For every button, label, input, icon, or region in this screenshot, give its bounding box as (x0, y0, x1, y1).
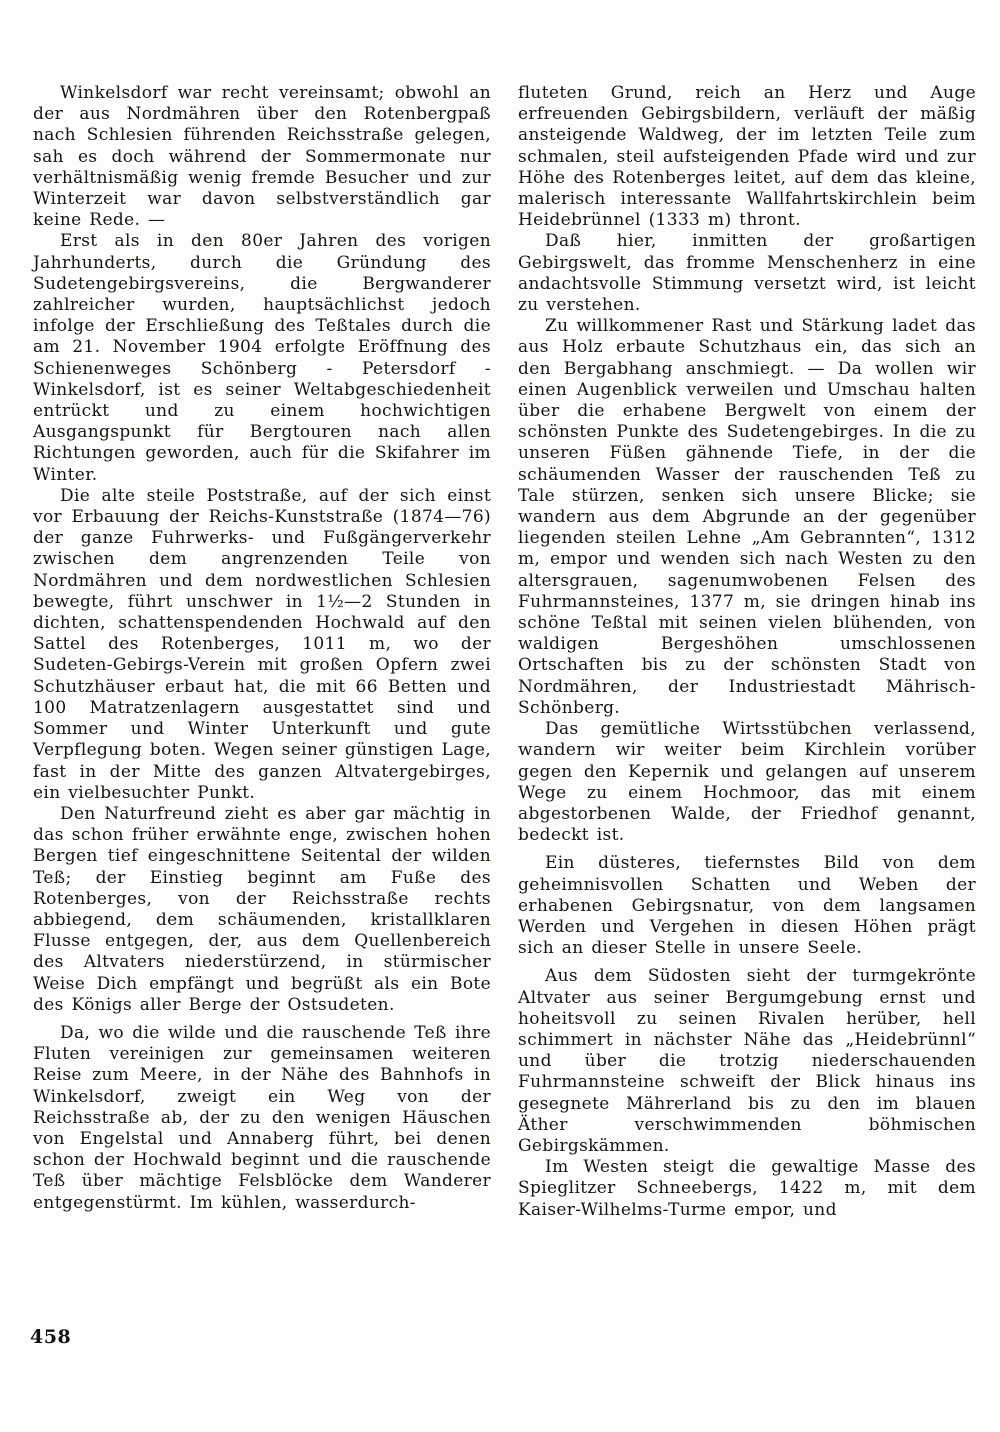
paragraph: Zu willkommener Rast und Stärkung ladet … (518, 316, 976, 719)
paragraph: Erst als in den 80er Jahren des vorigen … (33, 231, 491, 485)
book-page: Winkelsdorf war recht vereinsamt; obwohl… (0, 0, 1000, 1432)
paragraph: Da, wo die wilde und die rauschende Teß … (33, 1023, 491, 1214)
paragraph: Den Naturfreund zieht es aber gar mächti… (33, 804, 491, 1016)
paragraph: Die alte steile Poststraße, auf der sich… (33, 486, 491, 804)
paragraph: Ein düsteres, tiefernstes Bild von dem g… (518, 853, 976, 959)
paragraph: Daß hier, inmitten der großartigen Gebir… (518, 231, 976, 316)
paragraph: Aus dem Südosten sieht der turmgekrönte … (518, 966, 976, 1157)
text-columns: Winkelsdorf war recht vereinsamt; obwohl… (33, 83, 975, 1221)
paragraph: fluteten Grund, reich an Herz und Auge e… (518, 83, 976, 231)
right-column: fluteten Grund, reich an Herz und Auge e… (518, 83, 976, 1221)
paragraph: Winkelsdorf war recht vereinsamt; obwohl… (33, 83, 491, 231)
page-number: 458 (30, 1326, 71, 1348)
left-column: Winkelsdorf war recht vereinsamt; obwohl… (33, 83, 491, 1221)
paragraph: Im Westen steigt die gewaltige Masse des… (518, 1157, 976, 1221)
paragraph: Das gemütliche Wirtsstübchen verlassend,… (518, 719, 976, 846)
